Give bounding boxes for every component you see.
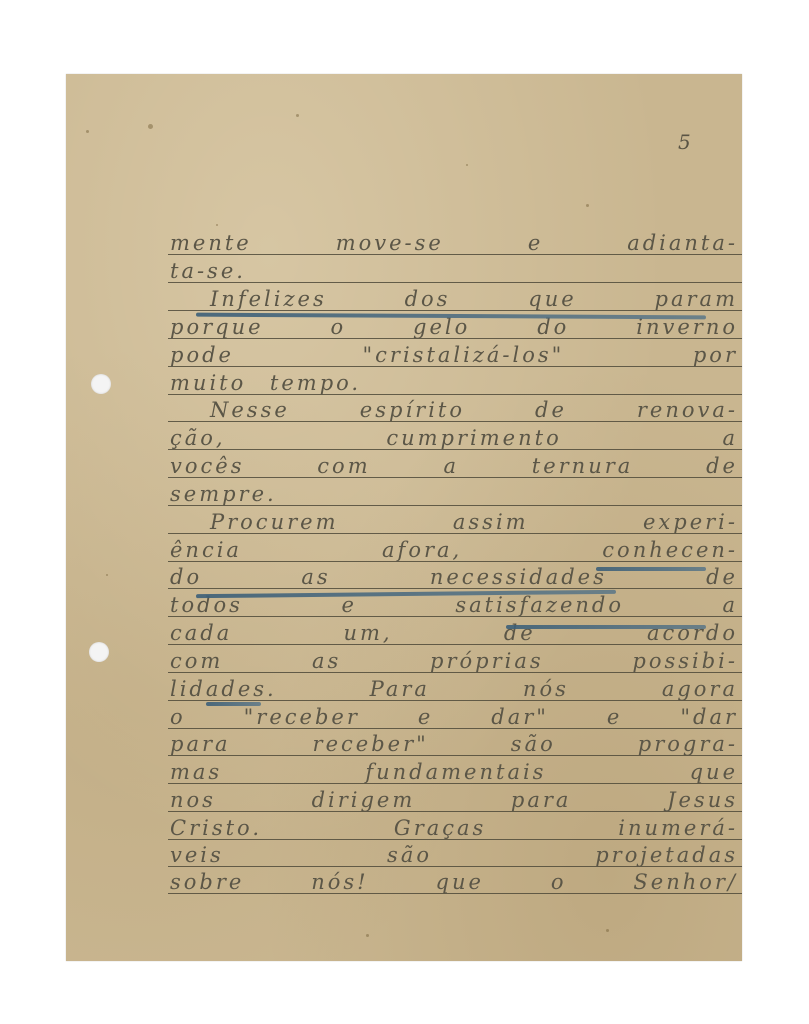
handwritten-line: sempre.	[170, 481, 738, 507]
paper-speck	[296, 114, 299, 117]
handwritten-line: ção, cumprimento a	[170, 425, 738, 451]
handwritten-line: com as próprias possibi-	[170, 648, 738, 674]
paper-speck	[606, 929, 609, 932]
paper-speck	[216, 224, 218, 226]
handwritten-line: Infelizes dos que param	[170, 286, 738, 312]
handwritten-line: cada um, de acordo	[170, 620, 738, 646]
handwritten-line: mente move-se e adianta-	[170, 230, 738, 256]
handwritten-line: nos dirigem para Jesus	[170, 787, 738, 813]
handwritten-line: Nesse espírito de renova-	[170, 397, 738, 423]
paper-speck	[586, 204, 589, 207]
paper-speck	[106, 574, 108, 576]
handwritten-line: lidades. Para nós agora	[170, 676, 738, 702]
handwritten-line: ência afora, conhecen-	[170, 537, 738, 563]
handwritten-line: muito tempo.	[170, 370, 738, 396]
handwritten-line: o "receber e dar" e "dar	[170, 704, 738, 730]
punch-hole-bottom	[89, 642, 109, 662]
blue-underline-mark	[596, 567, 706, 571]
punch-hole-top	[91, 374, 111, 394]
blue-underline-mark	[506, 625, 706, 629]
handwritten-line: para receber" são progra-	[170, 731, 738, 757]
handwritten-line: mas fundamentais que	[170, 759, 738, 785]
handwritten-line: sobre nós! que o Senhor/	[170, 869, 738, 895]
handwritten-line: Procurem assim experi-	[170, 509, 738, 535]
page-number: 5	[678, 130, 691, 154]
handwritten-line: pode "cristalizá-los" por	[170, 342, 738, 368]
handwritten-line: vocês com a ternura de	[170, 453, 738, 479]
manuscript-page: 5 mente move-se e adianta- ta-se. Infeli…	[66, 74, 742, 961]
paper-speck	[466, 164, 468, 166]
paper-speck	[86, 130, 89, 133]
paper-speck	[366, 934, 369, 937]
paper-speck	[148, 124, 153, 129]
blue-underline-mark	[206, 702, 261, 706]
handwritten-line: veis são projetadas	[170, 842, 738, 868]
handwritten-line: Cristo. Graças inumerá-	[170, 815, 738, 841]
handwritten-line: ta-se.	[170, 258, 738, 284]
